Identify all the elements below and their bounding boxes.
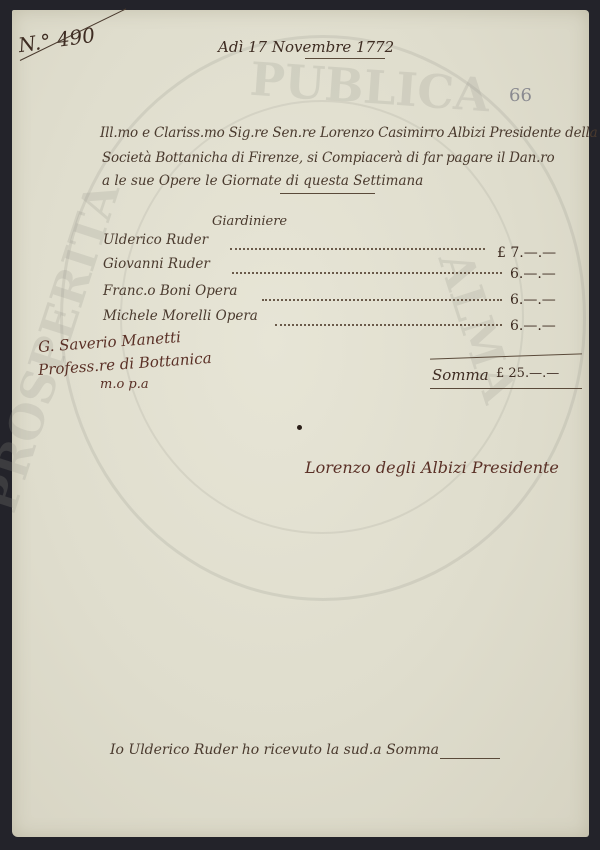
payee-amount: 6.—.— [510, 318, 556, 334]
receipt-underline [440, 758, 500, 759]
payee-amount: 6.—.— [510, 266, 556, 282]
section-heading: Giardiniere [212, 214, 287, 229]
date-underline [305, 58, 385, 59]
payee-name: Giovanni Ruder [103, 256, 210, 272]
salutation-line-1: Ill.mo e Clariss.mo Sig.re Sen.re Lorenz… [100, 125, 597, 141]
leader-dots [275, 324, 502, 326]
payee-name: Ulderico Ruder [103, 232, 208, 248]
date-line: Adì 17 Novembre 1772 [218, 38, 394, 56]
leader-dots [262, 299, 502, 301]
payee-name: Franc.o Boni Opera [103, 283, 237, 299]
salutation-underline [280, 193, 375, 194]
payee-amount: £ 7.—.— [497, 245, 556, 261]
signature: Lorenzo degli Albizi Presidente [305, 458, 559, 477]
leader-dots [230, 248, 485, 250]
salutation-line-2: Società Bottanicha di Firenze, si Compia… [102, 150, 554, 166]
payee-amount: 6.—.— [510, 292, 556, 308]
payee-name: Michele Morelli Opera [103, 308, 258, 324]
ink-blot [297, 425, 302, 430]
total-rule-bottom [430, 388, 582, 389]
total-label: Somma [432, 366, 489, 384]
folio-number: 66 [509, 85, 532, 106]
leader-dots [232, 272, 502, 274]
side-note-line-3: m.o p.a [100, 377, 149, 392]
receipt-statement: Io Ulderico Ruder ho ricevuto la sud.a S… [110, 742, 439, 758]
salutation-line-3: a le sue Opere le Giornate di questa Set… [102, 173, 423, 189]
total-amount: £ 25.—.— [496, 366, 559, 381]
